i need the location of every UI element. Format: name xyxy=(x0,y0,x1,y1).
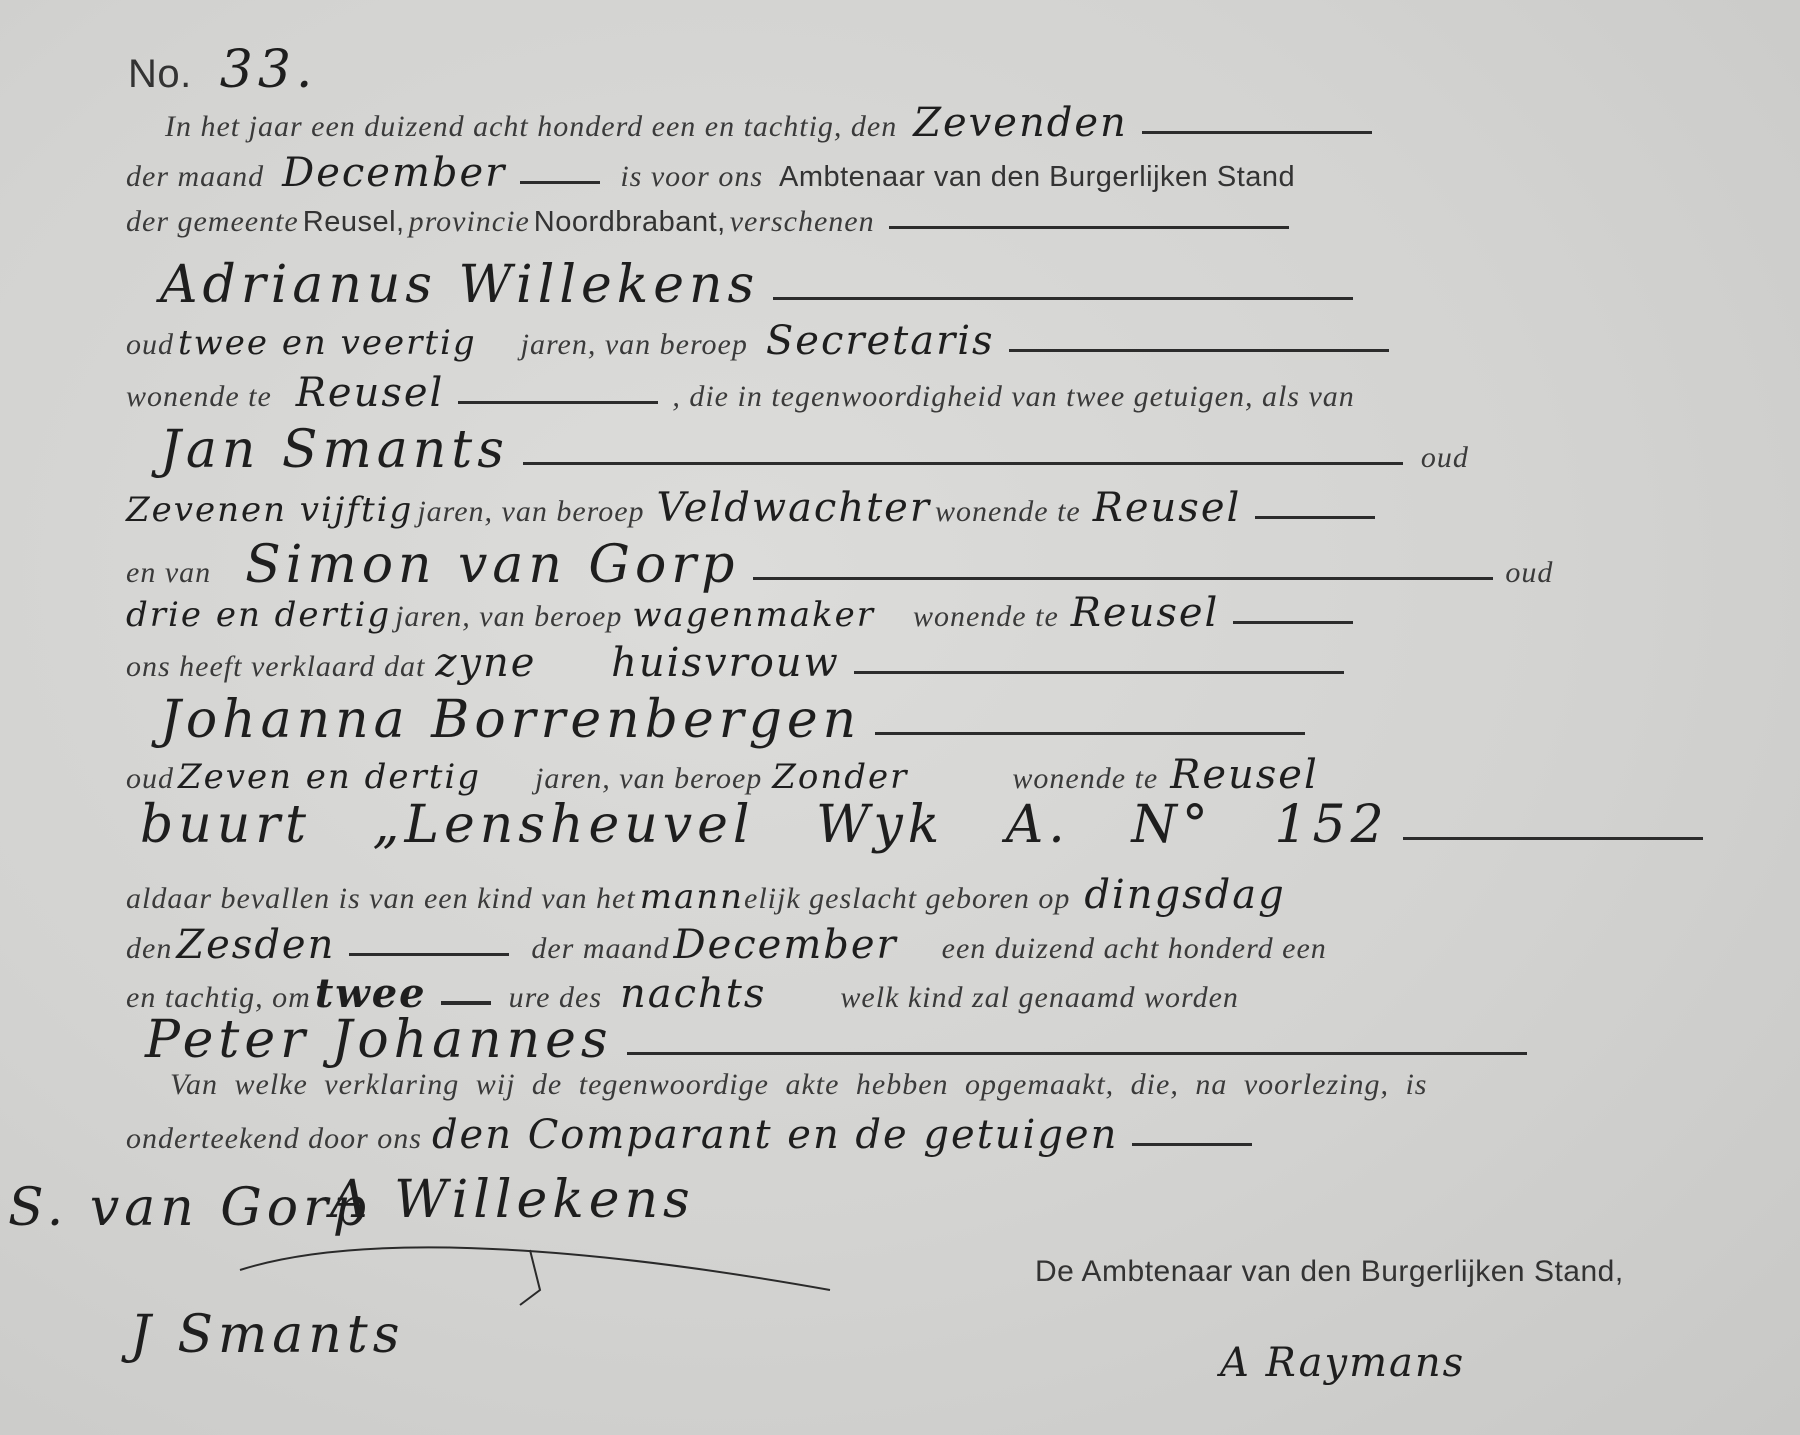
handwritten-residence: Reusel xyxy=(296,370,445,416)
handwritten-occupation: Veldwachter xyxy=(657,485,931,531)
printed-text: den xyxy=(126,932,172,965)
handwritten-age: twee en veertig xyxy=(178,323,477,363)
fill-rule xyxy=(1132,1143,1252,1146)
line-mother-details: oud Zeven en dertig jaren, van beroep Zo… xyxy=(126,752,1319,798)
line-year: In het jaar een duizend acht honderd een… xyxy=(165,100,1372,146)
printed-text: jaren, van beroep xyxy=(395,600,622,633)
handwritten-relation: zyne huisvrouw xyxy=(435,640,839,686)
fill-rule xyxy=(1255,516,1375,519)
printed-text: In het jaar een duizend acht honderd een… xyxy=(165,110,897,143)
fill-rule xyxy=(349,953,509,956)
signature-flourish xyxy=(230,1230,850,1310)
handwritten-residence: Reusel xyxy=(1170,752,1319,798)
fill-rule xyxy=(1142,131,1372,134)
fill-rule xyxy=(520,181,600,184)
fill-rule xyxy=(773,297,1353,300)
line-declarant-name: Adrianus Willekens xyxy=(160,255,1353,315)
fill-rule xyxy=(889,226,1289,229)
printed-text: wonende te xyxy=(935,495,1081,528)
line-address: buurt „Lensheuvel Wyk A. N° 152 xyxy=(140,795,1703,855)
handwritten-age: drie en dertig xyxy=(126,595,391,635)
printed-text: wonende te xyxy=(1012,762,1158,795)
fill-rule xyxy=(523,462,1403,465)
line-municipality: der gemeente Reusel, provincie Noordbrab… xyxy=(126,205,1289,239)
printed-text: is voor ons xyxy=(620,160,763,193)
handwritten-weekday: dingsdag xyxy=(1084,872,1285,918)
printed-text: oud xyxy=(126,762,174,795)
handwritten-month: December xyxy=(674,922,898,968)
line-declarant-residence: wonende te Reusel , die in tegenwoordigh… xyxy=(126,370,1355,416)
line-signed-by: onderteekend door ons den Comparant en d… xyxy=(126,1112,1252,1158)
printed-text: verschenen xyxy=(730,205,875,238)
handwritten-age: Zeven en dertig xyxy=(178,757,481,797)
printed-text: oud xyxy=(1505,556,1553,589)
printed-text: en van xyxy=(126,556,211,589)
fill-rule xyxy=(854,671,1344,674)
handwritten-residence: Reusel xyxy=(1071,590,1220,636)
printed-text: ons heeft verklaard dat xyxy=(126,650,425,683)
handwritten-occupation: wagenmaker xyxy=(632,595,875,635)
handwritten-residence: Reusel xyxy=(1093,485,1242,531)
line-witness2-name: en van Simon van Gorp oud xyxy=(126,535,1553,595)
printed-text: der gemeente xyxy=(126,205,299,238)
printed-text: wonende te xyxy=(126,380,272,413)
handwritten-occupation: Secretaris xyxy=(766,318,995,364)
line-mother-name: Johanna Borrenbergen xyxy=(160,690,1305,750)
signature-declarant: A Willekens xyxy=(330,1170,695,1230)
printed-text: provincie xyxy=(409,205,530,238)
line-month: der maand December is voor ons Ambtenaar… xyxy=(126,150,1295,196)
printed-text: aldaar bevallen is van een kind van het xyxy=(126,882,636,915)
printed-text: elijk geslacht geboren op xyxy=(744,882,1070,915)
handwritten-declarant: Adrianus Willekens xyxy=(160,255,759,315)
line-birth-date: den Zesden der maand December een duizen… xyxy=(126,922,1327,968)
line-witness1-name: Jan Smants oud xyxy=(160,420,1469,480)
printed-text: der maand xyxy=(126,160,264,193)
handwritten-signers: den Comparant en de getuigen xyxy=(432,1112,1118,1158)
handwritten-witness2: Simon van Gorp xyxy=(245,535,739,595)
fill-rule xyxy=(1233,621,1353,624)
handwritten-age: Zevenen vijftig xyxy=(126,490,413,530)
printed-municipality: Reusel, xyxy=(303,206,405,238)
handwritten-address: buurt „Lensheuvel Wyk A. N° 152 xyxy=(140,795,1389,855)
printed-text: oud xyxy=(126,328,174,361)
handwritten-day: Zevenden xyxy=(913,100,1128,146)
printed-text: jaren, van beroep xyxy=(417,495,644,528)
handwritten-occupation: Zonder xyxy=(772,757,908,797)
printed-text: een duizend acht honderd een xyxy=(942,932,1327,965)
printed-province: Noordbrabant, xyxy=(534,206,726,238)
printed-text: jaren, van beroep xyxy=(521,328,748,361)
printed-text: oud xyxy=(1421,441,1469,474)
handwritten-day: Zesden xyxy=(176,922,335,968)
signature-witness-2: J Smants xyxy=(130,1305,404,1365)
handwritten-child-name: Peter Johannes xyxy=(145,1010,613,1070)
signature-witness-1: S. van Gorp xyxy=(8,1178,371,1238)
handwritten-month: December xyxy=(282,150,506,196)
printed-text: Van welke verklaring wij de tegenwoordig… xyxy=(170,1068,1427,1101)
fill-rule xyxy=(441,1001,491,1005)
line-witness1-details: Zevenen vijftig jaren, van beroep Veldwa… xyxy=(126,485,1375,531)
printed-text: , die in tegenwoordigheid van twee getui… xyxy=(672,380,1354,413)
line-declarant-age: oud twee en veertig jaren, van beroep Se… xyxy=(126,318,1389,364)
line-declaration: ons heeft verklaard dat zyne huisvrouw xyxy=(126,640,1344,686)
printed-text: der maand xyxy=(531,932,669,965)
line-birth: aldaar bevallen is van een kind van het … xyxy=(126,872,1286,918)
fill-rule xyxy=(875,732,1305,735)
official-title: De Ambtenaar van den Burgerlijken Stand, xyxy=(1035,1255,1624,1289)
number-value: 33. xyxy=(220,40,318,100)
birth-certificate-page: No. 33. In het jaar een duizend acht hon… xyxy=(0,0,1800,1435)
printed-text: onderteekend door ons xyxy=(126,1122,422,1155)
line-witness2-details: drie en dertig jaren, van beroep wagenma… xyxy=(126,590,1353,636)
line-closing: Van welke verklaring wij de tegenwoordig… xyxy=(170,1068,1427,1102)
printed-text: Ambtenaar van den Burgerlijken Stand xyxy=(779,161,1295,193)
handwritten-mother: Johanna Borrenbergen xyxy=(160,690,861,750)
printed-text: wonende te xyxy=(913,600,1059,633)
fill-rule xyxy=(753,577,1493,580)
printed-text: jaren, van beroep xyxy=(535,762,762,795)
number-label: No. xyxy=(128,52,192,96)
signature-official: A Raymans xyxy=(1220,1340,1465,1386)
record-number: No. 33. xyxy=(128,40,317,100)
handwritten-gender: mann xyxy=(640,877,744,917)
fill-rule xyxy=(1009,349,1389,352)
handwritten-witness1: Jan Smants xyxy=(160,420,509,480)
fill-rule xyxy=(458,401,658,404)
fill-rule xyxy=(627,1052,1527,1055)
fill-rule xyxy=(1403,837,1703,840)
line-child-name: Peter Johannes xyxy=(145,1010,1527,1070)
